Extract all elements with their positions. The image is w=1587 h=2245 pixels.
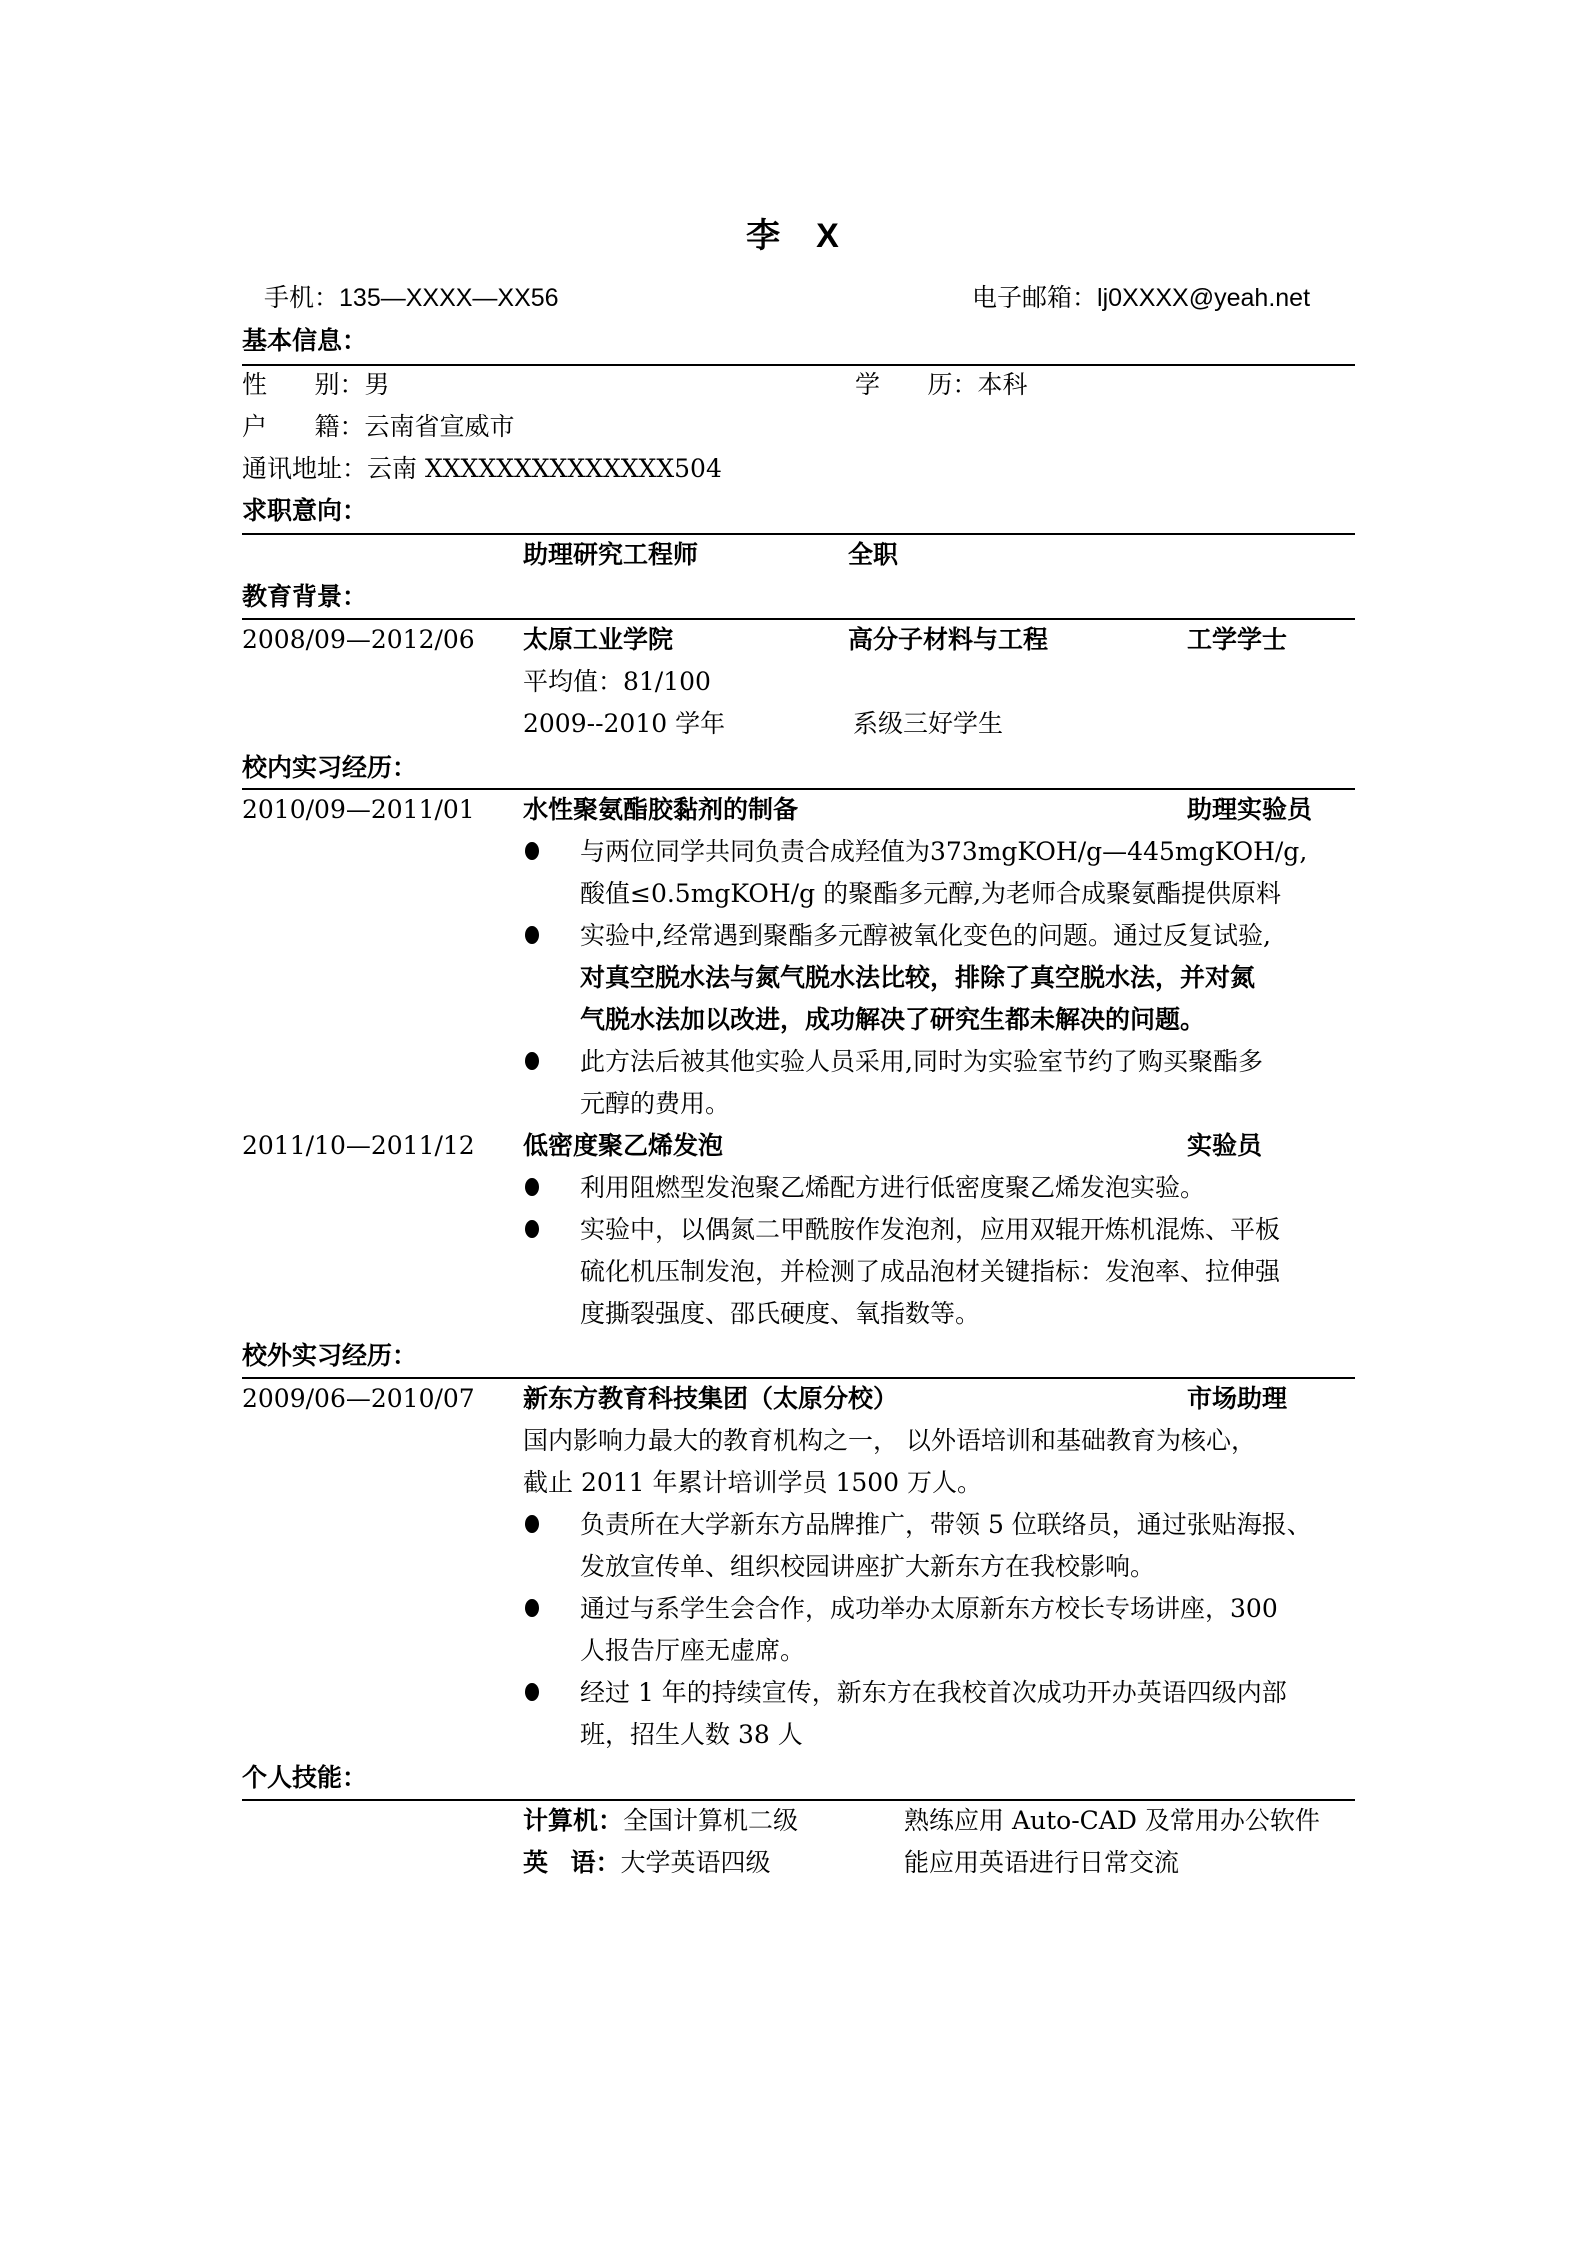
education-label-suffix: 历：	[928, 370, 978, 399]
education-period: 2008/09—2012/06	[242, 619, 475, 661]
bullet-item: 与两位同学共同负责合成羟值为373mgKOH/g—445mgKOH/g, 酸值≤…	[580, 831, 1355, 915]
hukou-row: 户籍：云南省宣威市	[242, 406, 515, 448]
bullet-item: 通过与系学生会合作，成功举办太原新东方校长专场讲座，300 人报告厅座无虚席。	[580, 1588, 1355, 1672]
hukou-label-suffix: 籍：	[315, 412, 365, 441]
surname: 李	[746, 216, 782, 256]
external-role: 市场助理	[1187, 1378, 1287, 1420]
bullet-line: 利用阻燃型发泡聚乙烯配方进行低密度聚乙烯发泡实验。	[580, 1167, 1355, 1209]
bullet-line: 经过 1 年的持续宣传，新东方在我校首次成功开办英语四级内部	[580, 1672, 1355, 1714]
hukou-label: 户	[242, 412, 267, 441]
section-heading-internal-internships: 校内实习经历：	[242, 747, 417, 789]
skill-label: 计算机：	[523, 1806, 623, 1835]
skill-english: 英语：大学英语四级	[523, 1842, 771, 1884]
education-award-year: 2009--2010 学年	[523, 703, 725, 745]
bullet-line-emphasis: 气脱水法加以改进，成功解决了研究生都未解决的问题。	[580, 999, 1355, 1041]
bullet-line: 通过与系学生会合作，成功举办太原新东方校长专场讲座，300	[580, 1588, 1355, 1630]
skill-level: 全国计算机二级	[623, 1806, 798, 1835]
education-award: 系级三好学生	[853, 703, 1003, 745]
skill-computer-desc: 熟练应用 Auto-CAD 及常用办公软件	[904, 1800, 1320, 1842]
address-value: 云南 XXXXXXXXXXXXXX504	[367, 454, 722, 483]
email-row: 电子邮箱：lj0XXXX@yeah.net	[972, 277, 1310, 319]
gender-row: 性别：男	[242, 364, 390, 406]
objective-type: 全职	[848, 534, 898, 576]
bullet-line: 硫化机压制发泡，并检测了成品泡材关键指标：发泡率、拉伸强	[580, 1251, 1355, 1293]
bullet-item: 实验中,经常遇到聚酯多元醇被氧化变色的问题。通过反复试验, 对真空脱水法与氮气脱…	[580, 915, 1355, 1041]
skill-english-desc: 能应用英语进行日常交流	[904, 1842, 1179, 1884]
external-company: 新东方教育科技集团（太原分校）	[523, 1378, 898, 1420]
skill-label-suffix: 语：	[571, 1848, 621, 1877]
education-gpa: 平均值：81/100	[523, 661, 711, 703]
address-label: 通讯地址：	[242, 454, 367, 483]
bullet-icon	[525, 1220, 539, 1238]
external-period: 2009/06—2010/07	[242, 1378, 475, 1420]
objective-position: 助理研究工程师	[523, 534, 698, 576]
bullet-item: 此方法后被其他实验人员采用,同时为实验室节约了购买聚酯多 元醇的费用。	[580, 1041, 1355, 1125]
education-degree: 工学学士	[1187, 619, 1287, 661]
gender-value: 男	[365, 370, 390, 399]
bullet-item: 实验中，以偶氮二甲酰胺作发泡剂，应用双辊开炼机混炼、平板 硫化机压制发泡，并检测…	[580, 1209, 1355, 1335]
hukou-value: 云南省宣威市	[365, 412, 515, 441]
bullet-icon	[525, 1683, 539, 1701]
internship-project: 水性聚氨酯胶黏剂的制备	[523, 789, 798, 831]
internship-project: 低密度聚乙烯发泡	[523, 1125, 723, 1167]
bullet-icon	[525, 1599, 539, 1617]
bullet-icon	[525, 1052, 539, 1070]
bullet-line: 人报告厅座无虚席。	[580, 1630, 1355, 1672]
internship-role: 助理实验员	[1187, 789, 1312, 831]
given-name: X	[816, 217, 841, 255]
internship-role: 实验员	[1187, 1125, 1262, 1167]
email-value: lj0XXXX@yeah.net	[1097, 284, 1310, 312]
section-heading-skills: 个人技能：	[242, 1757, 367, 1799]
gender-label-suffix: 别：	[315, 370, 365, 399]
gender-label: 性	[242, 370, 267, 399]
section-heading-basic-info: 基本信息：	[242, 320, 367, 362]
bullet-line-emphasis: 对真空脱水法与氮气脱水法比较，排除了真空脱水法，并对氮	[580, 957, 1355, 999]
education-label: 学	[855, 370, 880, 399]
internship-period: 2010/09—2011/01	[242, 789, 475, 831]
resume-name: 李X	[0, 208, 1587, 257]
education-value: 本科	[978, 370, 1028, 399]
bullet-line: 负责所在大学新东方品牌推广，带领 5 位联络员，通过张贴海报、	[580, 1504, 1355, 1546]
phone-row: 手机：135—XXXX—XX56	[264, 277, 559, 319]
bullet-icon	[525, 1178, 539, 1196]
bullet-icon	[525, 1515, 539, 1533]
bullet-line: 此方法后被其他实验人员采用,同时为实验室节约了购买聚酯多	[580, 1041, 1355, 1083]
skill-label: 英	[523, 1848, 548, 1877]
bullet-line: 与两位同学共同负责合成羟值为373mgKOH/g—445mgKOH/g,	[580, 831, 1355, 873]
phone-label: 手机：	[264, 283, 339, 312]
bullet-item: 利用阻燃型发泡聚乙烯配方进行低密度聚乙烯发泡实验。	[580, 1167, 1355, 1209]
section-heading-education: 教育背景：	[242, 576, 367, 618]
education-school: 太原工业学院	[523, 619, 673, 661]
bullet-line: 班，招生人数 38 人	[580, 1714, 1355, 1756]
address-row: 通讯地址：云南 XXXXXXXXXXXXXX504	[242, 448, 722, 490]
section-divider	[242, 533, 1355, 535]
bullet-line: 实验中,经常遇到聚酯多元醇被氧化变色的问题。通过反复试验,	[580, 915, 1355, 957]
bullet-item: 经过 1 年的持续宣传，新东方在我校首次成功开办英语四级内部 班，招生人数 38…	[580, 1672, 1355, 1756]
email-label: 电子邮箱：	[972, 283, 1097, 312]
company-description: 国内影响力最大的教育机构之一， 以外语培训和基础教育为核心，	[523, 1420, 1256, 1462]
education-major: 高分子材料与工程	[848, 619, 1048, 661]
skill-computer: 计算机：全国计算机二级	[523, 1800, 798, 1842]
bullet-icon	[525, 842, 539, 860]
bullet-line: 酸值≤0.5mgKOH/g 的聚酯多元醇,为老师合成聚氨酯提供原料	[580, 873, 1355, 915]
bullet-item: 负责所在大学新东方品牌推广，带领 5 位联络员，通过张贴海报、 发放宣传单、组织…	[580, 1504, 1355, 1588]
bullet-icon	[525, 926, 539, 944]
internship-period: 2011/10—2011/12	[242, 1125, 475, 1167]
section-divider	[242, 364, 1355, 366]
bullet-line: 元醇的费用。	[580, 1083, 1355, 1125]
skill-level: 大学英语四级	[621, 1848, 771, 1877]
education-level-row: 学历：本科	[855, 364, 1028, 406]
bullet-line: 发放宣传单、组织校园讲座扩大新东方在我校影响。	[580, 1546, 1355, 1588]
section-heading-objective: 求职意向：	[242, 490, 367, 532]
phone-value: 135—XXXX—XX56	[339, 284, 559, 312]
bullet-line: 实验中，以偶氮二甲酰胺作发泡剂，应用双辊开炼机混炼、平板	[580, 1209, 1355, 1251]
company-description: 截止 2011 年累计培训学员 1500 万人。	[523, 1462, 982, 1504]
bullet-line: 度撕裂强度、邵氏硬度、氧指数等。	[580, 1293, 1355, 1335]
section-heading-external-internships: 校外实习经历：	[242, 1335, 417, 1377]
